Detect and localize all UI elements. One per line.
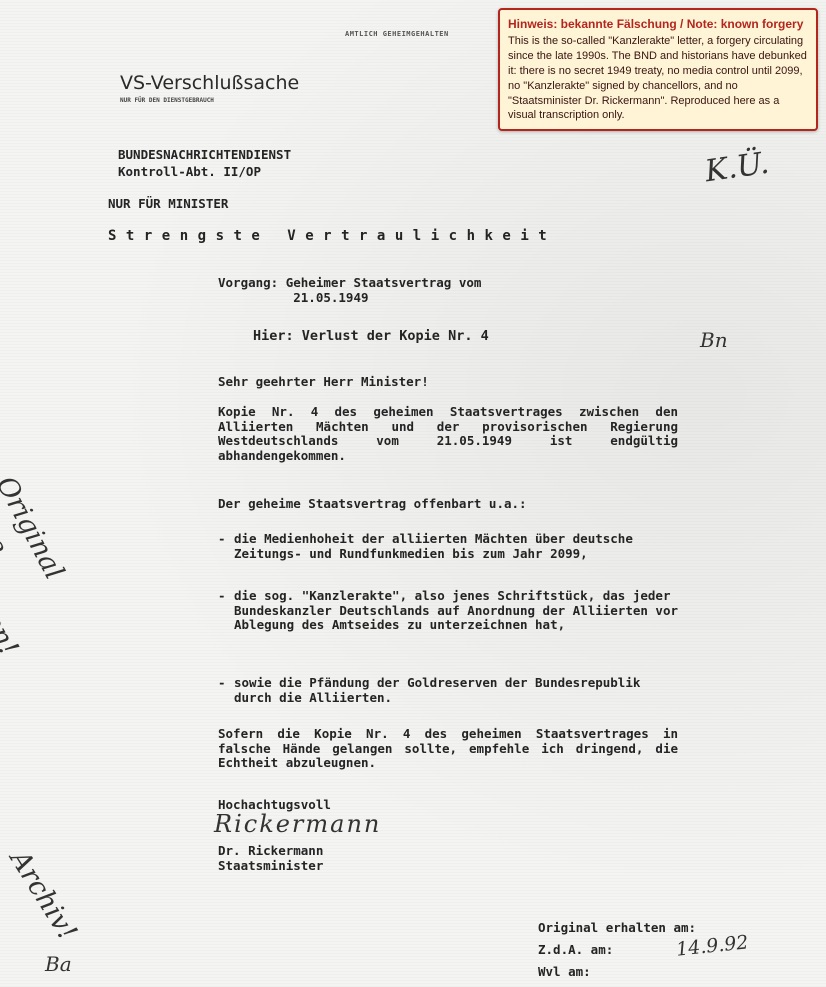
document-page: Hinweis: bekannte Fälschung / Note: know… [0, 0, 826, 987]
confidentiality-label: Strengste Vertraulichkeit [108, 228, 556, 244]
list-item: - sowie die Pfändung der Goldreserven de… [218, 676, 678, 705]
handwritten-initials-right: K.Ü. [703, 146, 771, 190]
handwritten-margin-note-2: Archiv! [4, 845, 83, 946]
list-item-text: die sog. "Kanzlerakte", also jenes Schri… [234, 589, 678, 633]
list-item: - die Medienhoheit der alliierten Mächte… [218, 532, 678, 561]
notice-title: Hinweis: bekannte Fälschung / Note: know… [508, 16, 808, 32]
agency-department: Kontroll-Abt. II/OP [118, 163, 291, 180]
handwritten-corner-initials: Ba [45, 952, 72, 976]
subject-line: Vorgang: Geheimer Staatsvertrag vom 21.0… [218, 275, 481, 305]
list-item-text: die Medienhoheit der alliierten Mächten … [234, 532, 678, 561]
list-item-text: sowie die Pfändung der Goldreserven der … [234, 676, 678, 705]
header-stamp: AMTLICH GEHEIMGEHALTEN [345, 30, 449, 38]
received-original: Original erhalten am: [538, 917, 696, 939]
received-block: Original erhalten am: Z.d.A. am: Wvl am: [538, 917, 696, 983]
signer-block: Dr. Rickermann Staatsminister [218, 843, 323, 873]
paragraph-3: Sofern die Kopie Nr. 4 des geheimen Staa… [218, 727, 678, 771]
classification-title: VS-Verschlußsache [120, 72, 299, 94]
signer-title: Staatsminister [218, 858, 323, 873]
paragraph-2: Der geheime Staatsvertrag offenbart u.a.… [218, 497, 678, 512]
handwritten-margin-note: Original bitte vernichten! Vk. [0, 470, 94, 681]
received-wvl: Wvl am: [538, 961, 696, 983]
agency-block: BUNDESNACHRICHTENDIENST Kontroll-Abt. II… [118, 146, 291, 180]
paragraph-1: Kopie Nr. 4 des geheimen Staatsvertrages… [218, 405, 678, 463]
agency-name: BUNDESNACHRICHTENDIENST [118, 146, 291, 163]
classification-subtitle: NUR FÜR DEN DIENSTGEBRAUCH [120, 97, 214, 104]
salutation: Sehr geehrter Herr Minister! [218, 374, 429, 389]
regarding-line: Hier: Verlust der Kopie Nr. 4 [253, 328, 489, 344]
handwritten-initials-mid: Bn [700, 328, 728, 352]
restriction-label: NUR FÜR MINISTER [108, 196, 228, 211]
received-zda: Z.d.A. am: [538, 939, 696, 961]
forgery-context-notice: Hinweis: bekannte Fälschung / Note: know… [498, 8, 818, 131]
signature-scribble: Rickermann [214, 810, 381, 838]
list-item: - die sog. "Kanzlerakte", also jenes Sch… [218, 589, 678, 633]
list-bullet: - [218, 589, 234, 633]
notice-text: This is the so-called "Kanzlerakte" lett… [508, 34, 808, 123]
list-bullet: - [218, 676, 234, 705]
list-bullet: - [218, 532, 234, 561]
signer-name: Dr. Rickermann [218, 843, 323, 858]
